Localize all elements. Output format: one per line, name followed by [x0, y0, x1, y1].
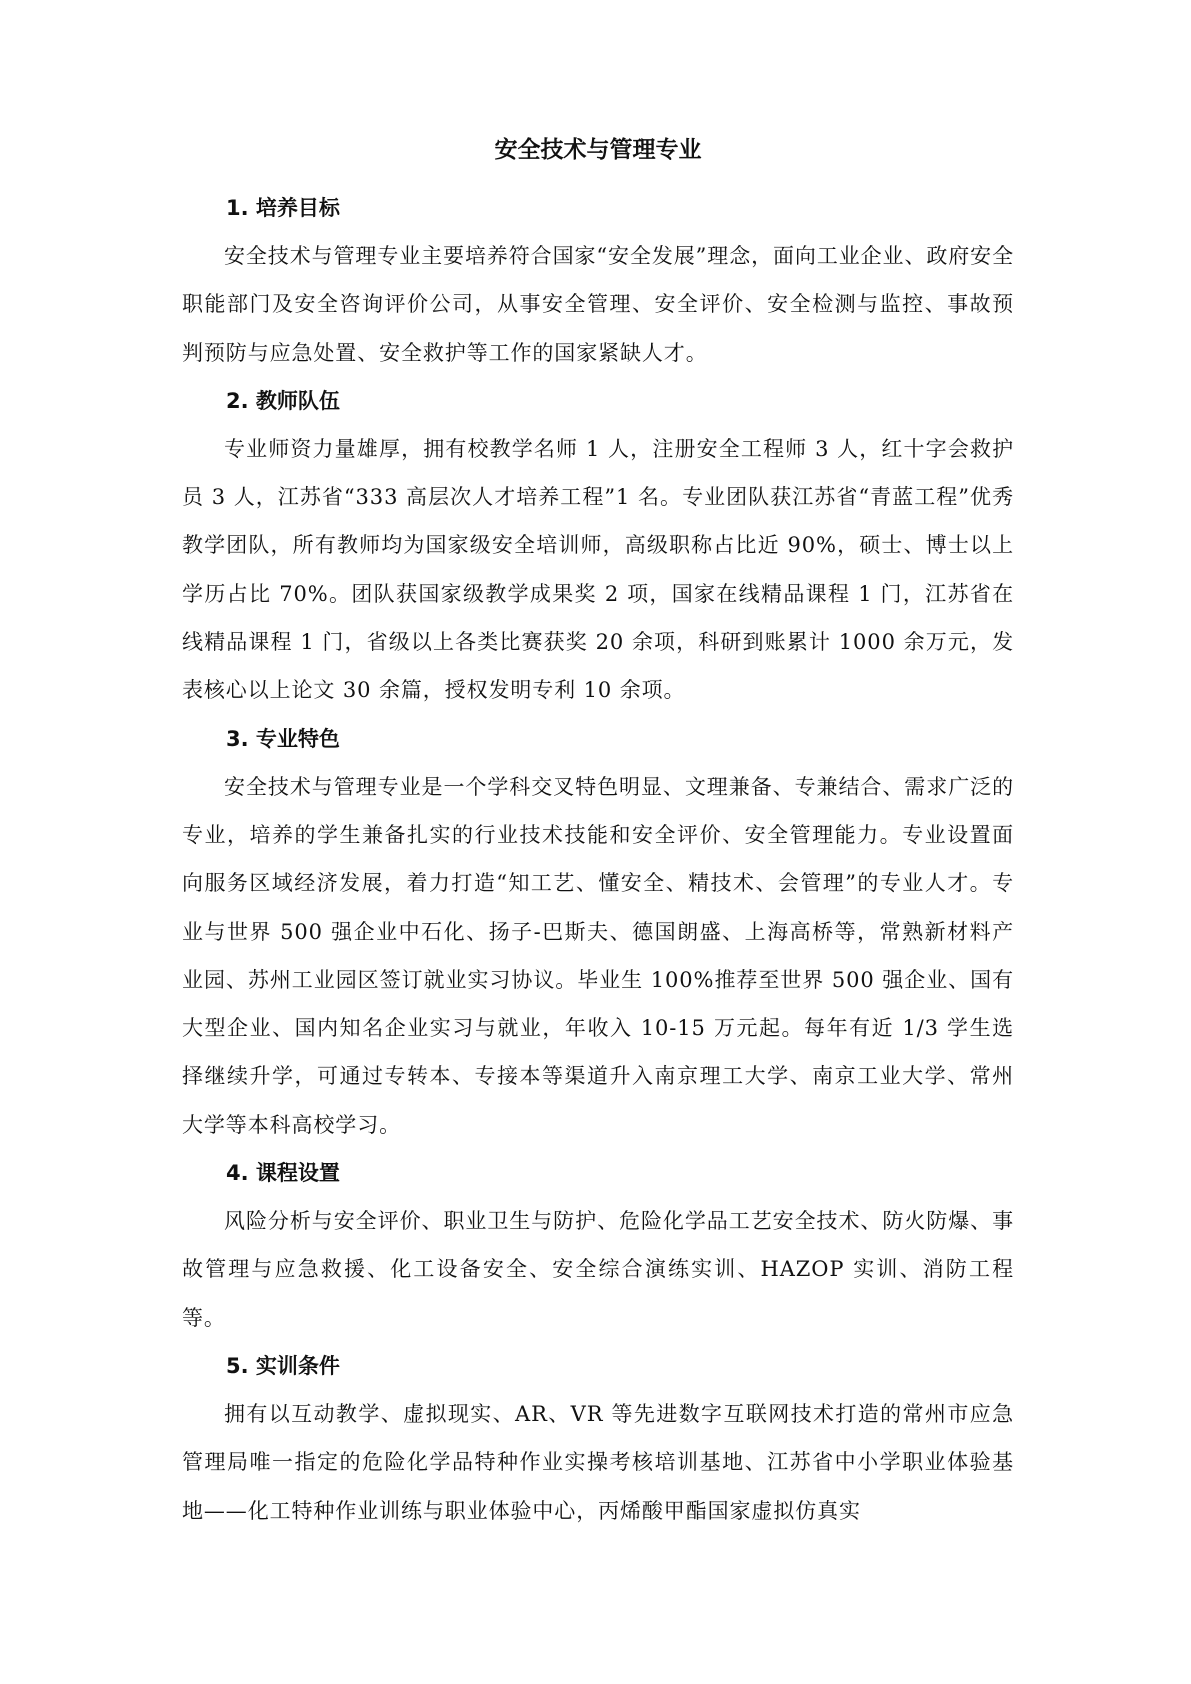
section-program-features: 3. 专业特色 安全技术与管理专业是一个学科交叉特色明显、文理兼备、专兼结合、需…	[182, 715, 1014, 1149]
section-curriculum: 4. 课程设置 风险分析与安全评价、职业卫生与防护、危险化学品工艺安全技术、防火…	[182, 1149, 1014, 1342]
section-heading: 4. 课程设置	[182, 1149, 1014, 1197]
section-training-facilities: 5. 实训条件 拥有以互动教学、虚拟现实、AR、VR 等先进数字互联网技术打造的…	[182, 1342, 1014, 1535]
section-paragraph: 专业师资力量雄厚，拥有校教学名师 1 人，注册安全工程师 3 人，红十字会救护员…	[182, 425, 1014, 715]
section-paragraph: 拥有以互动教学、虚拟现实、AR、VR 等先进数字互联网技术打造的常州市应急管理局…	[182, 1390, 1014, 1535]
section-paragraph: 安全技术与管理专业主要培养符合国家“安全发展”理念，面向工业企业、政府安全职能部…	[182, 232, 1014, 377]
section-paragraph: 安全技术与管理专业是一个学科交叉特色明显、文理兼备、专兼结合、需求广泛的专业，培…	[182, 763, 1014, 1149]
section-training-goals: 1. 培养目标 安全技术与管理专业主要培养符合国家“安全发展”理念，面向工业企业…	[182, 184, 1014, 377]
section-heading: 5. 实训条件	[182, 1342, 1014, 1390]
document-title: 安全技术与管理专业	[182, 128, 1014, 172]
section-heading: 1. 培养目标	[182, 184, 1014, 232]
section-paragraph: 风险分析与安全评价、职业卫生与防护、危险化学品工艺安全技术、防火防爆、事故管理与…	[182, 1197, 1014, 1342]
section-teaching-staff: 2. 教师队伍 专业师资力量雄厚，拥有校教学名师 1 人，注册安全工程师 3 人…	[182, 377, 1014, 715]
section-heading: 3. 专业特色	[182, 715, 1014, 763]
section-heading: 2. 教师队伍	[182, 377, 1014, 425]
document-page: 安全技术与管理专业 1. 培养目标 安全技术与管理专业主要培养符合国家“安全发展…	[182, 128, 1014, 1535]
